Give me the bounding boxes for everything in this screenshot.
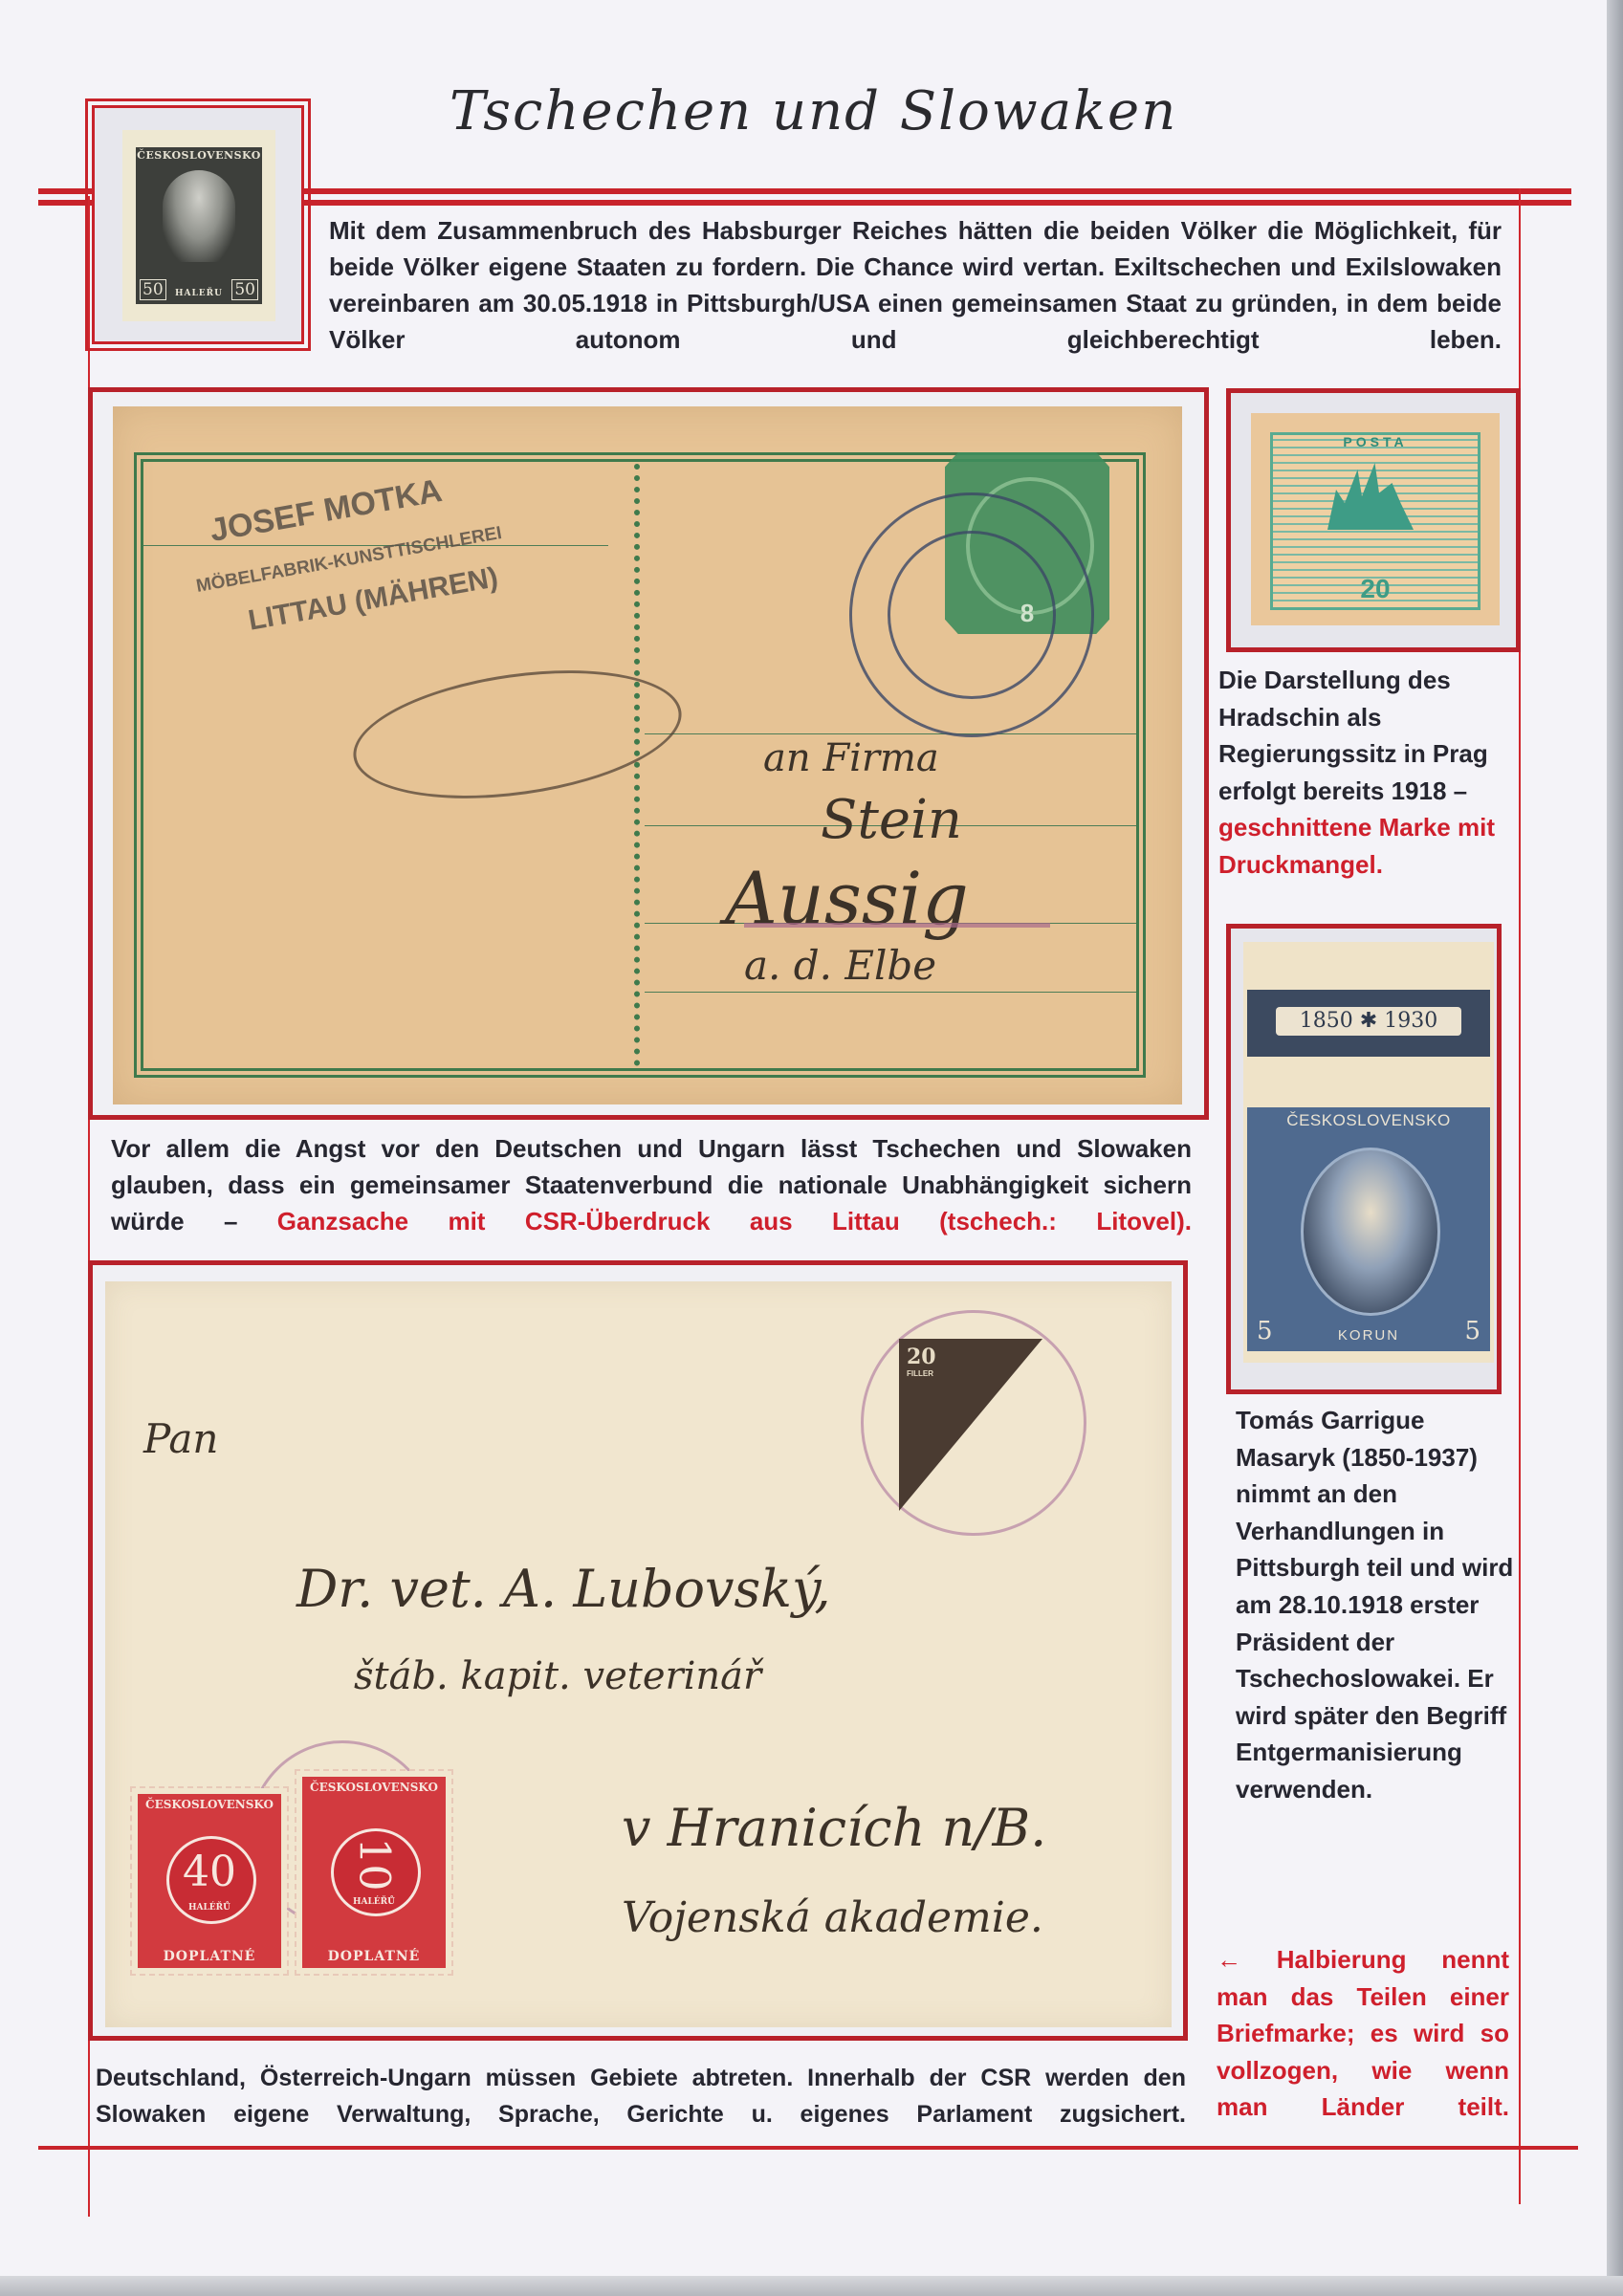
bisect-note: ← Halbierung nennt man das Teilen einer … xyxy=(1217,1941,1509,2126)
stamp-country: ČESKOSLOVENSKO xyxy=(1247,1111,1490,1130)
bisect-note-text: Halbierung nennt man das Teilen einer Br… xyxy=(1217,1945,1509,2121)
stamp-image: ČESKOSLOVENSKO 5 KORUN 5 xyxy=(1247,1107,1490,1351)
stamp-masaryk-5-korun[interactable]: 1850 ✱ 1930 ČESKOSLOVENSKO 5 KORUN 5 xyxy=(1243,942,1494,1363)
cover-address-line-1: Pan xyxy=(143,1415,218,1462)
stamp-country: ČESKOSLOVENSKO xyxy=(136,149,262,162)
address-line-1: an Firma xyxy=(763,736,939,780)
stamp-unit: FILLER xyxy=(907,1369,933,1378)
stamp-country: ČESKOSLOVENSKO xyxy=(138,1798,281,1811)
masaryk-caption: Tomás Garrigue Masaryk (1850-1937) nimmt… xyxy=(1236,1402,1523,1808)
cover-bisect[interactable]: Pan Dr. vet. A. Lubovský, štáb. kapit. v… xyxy=(105,1281,1172,2027)
stamp-label: DOPLATNÉ xyxy=(138,1949,281,1964)
scan-edge-shadow xyxy=(1607,0,1623,2296)
pencil-underline xyxy=(744,923,1050,928)
stamp-label: POSTA xyxy=(1251,434,1500,449)
postcard-caption: Vor allem die Angst vor den Deutschen un… xyxy=(111,1130,1192,1239)
scan-bottom-shadow xyxy=(0,2276,1623,2296)
cover-address-line-2: Dr. vet. A. Lubovský, xyxy=(296,1559,830,1619)
stamp-value: 20 xyxy=(1251,574,1500,604)
hradschin-caption-highlight: geschnittene Marke mit Druckmangel. xyxy=(1218,813,1495,879)
cover-address-line-4: v Hranicích n/B. xyxy=(622,1798,1046,1858)
postcard-line xyxy=(645,992,1136,993)
cover-address-line-5: Vojenská akademie. xyxy=(622,1893,1043,1942)
stamp-value: 10 xyxy=(350,1793,399,1936)
hradschin-caption-text: Die Darstellung des Hradschin als Regier… xyxy=(1218,666,1488,805)
postcard-divider xyxy=(634,464,640,1066)
postcard-littau[interactable]: 8 JOSEF MOTKA MÖBELFABRIK-KUNSTTISCHLERE… xyxy=(113,406,1182,1104)
stamp-margin-tab: 1850 ✱ 1930 xyxy=(1247,990,1490,1057)
stamp-unit: KORUN xyxy=(1247,1327,1490,1344)
postcard-caption-highlight: Ganzsache mit CSR-Überdruck aus Littau (… xyxy=(277,1207,1192,1235)
stamp-hradschin-imperforate[interactable]: POSTA 20 xyxy=(1251,413,1500,625)
stamp-value-right: 5 xyxy=(1464,1317,1480,1345)
stamp-value-right: 50 xyxy=(231,279,258,300)
stamp-unit: HALÉŘŮ xyxy=(302,1897,446,1907)
intro-paragraph: Mit dem Zusammenbruch des Habsburger Rei… xyxy=(329,212,1502,358)
stamp-value: 20 xyxy=(907,1345,936,1369)
footer-rule xyxy=(38,2146,1578,2150)
stamp-image: ČESKOSLOVENSKO 50 HALEŘU 50 xyxy=(136,147,262,304)
postage-due-stamp-10: ČESKOSLOVENSKO 10 HALÉŘŮ DOPLATNÉ xyxy=(296,1771,451,1974)
stamp-masaryk-50-haleru[interactable]: ČESKOSLOVENSKO 50 HALEŘU 50 xyxy=(122,130,275,321)
stamp-value: 40 xyxy=(138,1848,281,1896)
masaryk-portrait-icon xyxy=(1301,1148,1440,1316)
stamp-unit: HALÉŘŮ xyxy=(138,1903,281,1913)
address-line-2: Stein xyxy=(821,789,962,851)
postcard-line xyxy=(645,733,1136,734)
page-title: Tschechen und Slowaken xyxy=(450,80,1177,142)
cover-caption: Deutschland, Österreich-Ungarn müssen Ge… xyxy=(96,2060,1186,2132)
address-line-4: a. d. Elbe xyxy=(744,942,936,989)
cover-address-line-3: štáb. kapit. veterinář xyxy=(354,1654,761,1698)
arrow-left-icon: ← xyxy=(1217,1945,1241,1974)
stamp-label: DOPLATNÉ xyxy=(302,1949,446,1964)
tab-years: 1850 ✱ 1930 xyxy=(1276,1007,1461,1036)
masaryk-portrait-icon xyxy=(163,170,235,262)
address-line-3: Aussig xyxy=(725,856,969,941)
hradschin-caption: Die Darstellung des Hradschin als Regier… xyxy=(1218,662,1519,883)
postage-due-stamp-40: ČESKOSLOVENSKO 40 HALÉŘŮ DOPLATNÉ xyxy=(132,1788,287,1974)
postmark-inner xyxy=(888,531,1056,699)
